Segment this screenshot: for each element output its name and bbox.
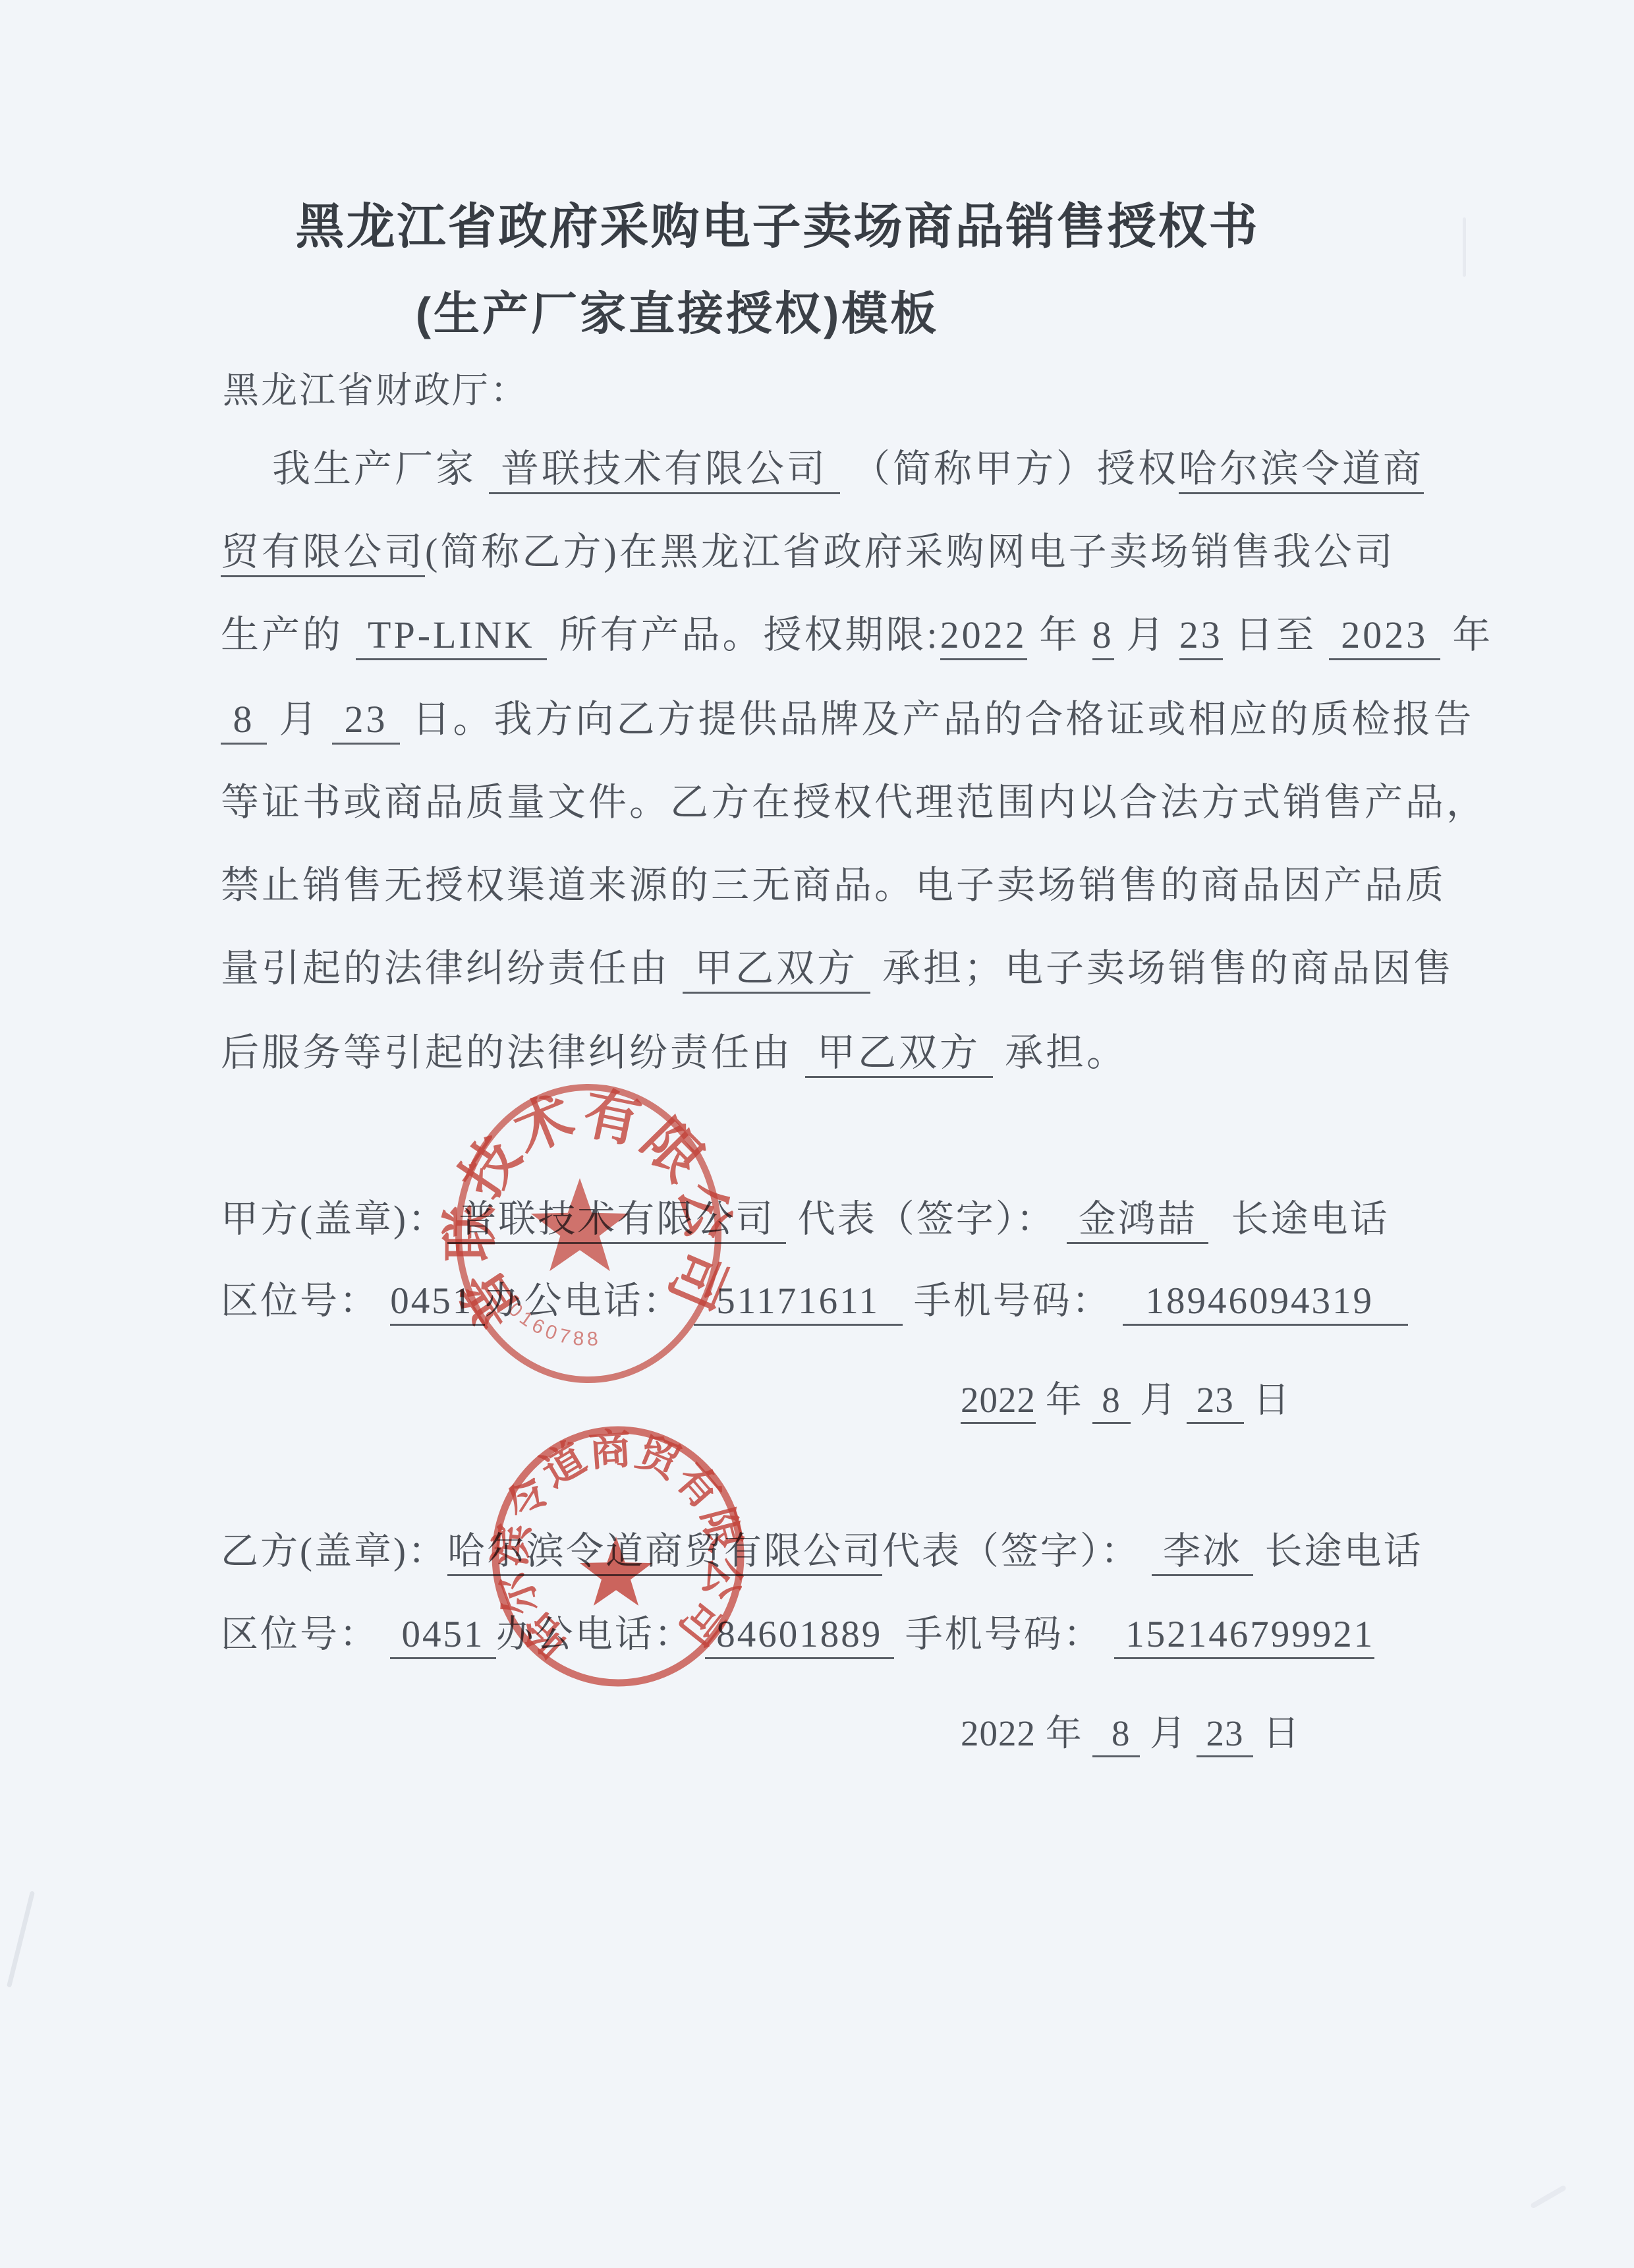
text-run: 后服务等引起的法律纠纷责任由	[221, 1031, 805, 1074]
scanned-document-page: 黑龙江省政府采购电子卖场商品销售授权书 (生产厂家直接授权)模板 黑龙江省财政厅…	[0, 0, 1634, 2268]
party-a-signature-line: 甲方(盖章)： 普联技术有限公司 代表（签字）： 金鸿喆 长途电话	[221, 1199, 1389, 1241]
text-run: 长途电话	[1208, 1199, 1390, 1240]
filled-blank: 普联技术有限公司	[489, 447, 840, 494]
text-run: 月	[1140, 1713, 1197, 1753]
text-run: 日	[1244, 1380, 1291, 1420]
party-b-signature-line: 乙方(盖章)：哈尔滨令道商贸有限公司代表（签字）： 李冰 长途电话	[221, 1531, 1423, 1573]
text-run: 长途电话	[1253, 1531, 1423, 1572]
party-a-date: 2022 年 8 月 23 日	[961, 1371, 1290, 1423]
text-run: 代表（签字）：	[786, 1199, 1067, 1240]
text-run: 我生产厂家	[272, 447, 489, 490]
text-run: 年	[1036, 1713, 1092, 1753]
text-run: 手机号码：	[903, 1280, 1123, 1322]
text-run: 量引起的法律纠纷责任由	[221, 947, 683, 990]
filled-blank: 哈尔滨令道商贸有限公司	[447, 1531, 882, 1576]
text-run: 2022	[961, 1713, 1036, 1753]
text-run: 禁止销售无授权渠道来源的三无商品。电子卖场销售的商品因产品质	[221, 864, 1446, 907]
filled-blank: 2023	[1329, 613, 1440, 660]
salutation: 黑龙江省财政厅：	[223, 361, 528, 413]
filled-blank: 普联技术有限公司	[447, 1199, 787, 1244]
text-run: 日至	[1223, 613, 1329, 656]
filled-blank: 2022	[940, 613, 1027, 660]
text-run: 区位号：	[221, 1280, 390, 1322]
filled-blank: 84601889	[705, 1614, 894, 1659]
scan-smudge	[7, 1890, 35, 1987]
text-run: 承担。	[993, 1031, 1128, 1074]
text-run: 年	[1440, 613, 1494, 656]
filled-blank: 8	[1092, 613, 1114, 660]
filled-blank: 23	[1197, 1713, 1254, 1757]
filled-blank: 23	[332, 698, 400, 745]
scan-smudge	[1530, 2185, 1567, 2209]
text-run: 区位号：	[221, 1614, 390, 1655]
document-title: 黑龙江省政府采购电子卖场商品销售授权书	[0, 188, 1594, 258]
filled-blank: 贸有限公司	[221, 530, 425, 577]
filled-blank: 8	[1092, 1380, 1131, 1424]
text-run: 等证书或商品质量文件。乙方在授权代理范围内以合法方式销售产品，	[221, 781, 1487, 824]
filled-blank: 李冰	[1152, 1531, 1254, 1576]
filled-blank: 0451	[390, 1280, 484, 1326]
body-line-6: 禁止销售无授权渠道来源的三无商品。电子卖场销售的商品因产品质	[221, 865, 1446, 907]
filled-blank: 2022	[961, 1380, 1036, 1424]
filled-blank: TP-LINK	[356, 613, 548, 660]
text-run: 生产的	[221, 613, 356, 656]
filled-blank: 8	[221, 698, 267, 745]
text-run: 甲方(盖章)：	[221, 1199, 447, 1240]
text-run: 乙方(盖章)：	[221, 1531, 447, 1572]
text-run: 日	[1253, 1713, 1300, 1753]
filled-blank: 152146799921	[1114, 1614, 1374, 1659]
filled-blank: 哈尔滨令道商	[1179, 447, 1424, 494]
filled-blank: 18946094319	[1123, 1280, 1408, 1326]
body-line-5: 等证书或商品质量文件。乙方在授权代理范围内以合法方式销售产品，	[221, 781, 1487, 824]
filled-blank: 23	[1187, 1380, 1244, 1424]
text-run: (简称乙方)在黑龙江省政府采购网电子卖场销售我公司	[425, 530, 1395, 573]
party-b-date: 2022 年 8 月 23 日	[961, 1704, 1300, 1756]
text-run: 月	[1131, 1380, 1187, 1420]
party-a-phone-line: 区位号： 0451 办公电话： 51171611 手机号码： 189460943…	[221, 1281, 1408, 1322]
body-line-8: 后服务等引起的法律纠纷责任由 甲乙双方 承担。	[221, 1032, 1127, 1074]
filled-blank: 金鸿喆	[1067, 1199, 1208, 1244]
text-run: 月	[1114, 613, 1179, 656]
text-run: 办公电话：	[485, 1280, 694, 1322]
text-run: 年	[1036, 1380, 1092, 1420]
text-run: 所有产品。授权期限:	[547, 613, 940, 656]
body-line-3: 生产的 TP-LINK 所有产品。授权期限:2022 年 8 月 23 日至 2…	[221, 614, 1493, 656]
body-line-7: 量引起的法律纠纷责任由 甲乙双方 承担；电子卖场销售的商品因售	[221, 948, 1454, 990]
filled-blank: 甲乙双方	[805, 1031, 993, 1078]
document-subtitle: (生产厂家直接授权)模板	[0, 277, 1494, 343]
party-b-phone-line: 区位号： 0451 办公电话： 84601889 手机号码： 152146799…	[221, 1614, 1374, 1656]
filled-blank: 8	[1092, 1713, 1141, 1757]
filled-blank: 51171611	[694, 1280, 903, 1326]
text-run: 月	[267, 698, 332, 741]
text-run: 日。我方向乙方提供品牌及产品的合格证或相应的质检报告	[400, 698, 1475, 741]
body-line-1: 我生产厂家 普联技术有限公司 （简称甲方）授权哈尔滨令道商	[221, 448, 1424, 490]
filled-blank: 0451	[390, 1614, 496, 1659]
body-line-4: 8 月 23 日。我方向乙方提供品牌及产品的合格证或相应的质检报告	[221, 698, 1475, 741]
body-line-2: 贸有限公司(简称乙方)在黑龙江省政府采购网电子卖场销售我公司	[221, 531, 1395, 573]
text-run: 年	[1027, 613, 1092, 656]
text-run: 手机号码：	[894, 1614, 1115, 1655]
filled-blank: 甲乙双方	[683, 947, 870, 994]
text-run: 代表（签字）：	[882, 1531, 1152, 1572]
text-run: 承担；电子卖场销售的商品因售	[870, 947, 1455, 990]
scan-smudge	[1463, 217, 1466, 277]
filled-blank: 23	[1179, 613, 1223, 660]
text-run: （简称甲方）授权	[840, 447, 1179, 490]
text-run: 办公电话：	[496, 1614, 705, 1655]
